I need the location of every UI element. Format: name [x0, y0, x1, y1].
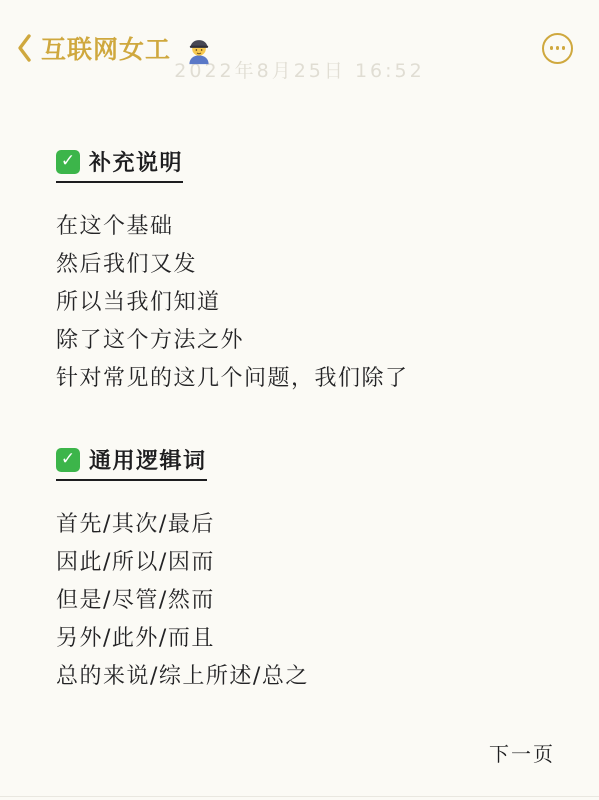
notes-app-page: 2022年8月25日 16:52 互联网女工	[0, 0, 599, 800]
more-options-button[interactable]	[542, 33, 573, 64]
note-line: 首先/其次/最后	[56, 506, 563, 544]
next-page-label: 下一页	[489, 738, 555, 767]
section-header: ✓ 补充说明	[56, 146, 183, 183]
folder-title: 互联网女工	[41, 30, 171, 66]
back-button[interactable]: 互联网女工	[16, 30, 213, 66]
note-line: 然后我们又发	[56, 246, 563, 284]
note-line: 总的来说/综上所述/总之	[56, 658, 563, 696]
section-supplementary-notes: ✓ 补充说明 在这个基础 然后我们又发 所以当我们知道 除了这个方法之外 针对常…	[56, 146, 563, 398]
note-line: 但是/尽管/然而	[56, 582, 563, 620]
note-line: 针对常见的这几个问题，我们除了	[56, 360, 563, 398]
section-lines: 首先/其次/最后 因此/所以/因而 但是/尽管/然而 另外/此外/而且 总的来说…	[56, 506, 563, 696]
check-mark-icon: ✓	[56, 448, 80, 472]
check-mark-icon: ✓	[56, 150, 80, 174]
section-title: 通用逻辑词	[89, 444, 207, 475]
note-content[interactable]: ✓ 补充说明 在这个基础 然后我们又发 所以当我们知道 除了这个方法之外 针对常…	[56, 146, 563, 696]
ellipsis-icon	[556, 46, 560, 50]
woman-factory-worker-emoji	[185, 37, 213, 65]
note-line: 另外/此外/而且	[56, 620, 563, 658]
section-common-logic-words: ✓ 通用逻辑词 首先/其次/最后 因此/所以/因而 但是/尽管/然而 另外/此外…	[56, 444, 563, 696]
ellipsis-icon	[562, 46, 566, 50]
note-line: 在这个基础	[56, 208, 563, 246]
section-title: 补充说明	[89, 146, 183, 177]
section-lines: 在这个基础 然后我们又发 所以当我们知道 除了这个方法之外 针对常见的这几个问题…	[56, 208, 563, 398]
ellipsis-icon	[550, 46, 554, 50]
bottom-divider	[0, 796, 599, 797]
note-line: 除了这个方法之外	[56, 322, 563, 360]
chevron-left-icon	[16, 33, 32, 63]
section-header: ✓ 通用逻辑词	[56, 444, 207, 481]
note-line: 因此/所以/因而	[56, 544, 563, 582]
top-bar: 互联网女工	[16, 30, 573, 66]
note-line: 所以当我们知道	[56, 284, 563, 322]
